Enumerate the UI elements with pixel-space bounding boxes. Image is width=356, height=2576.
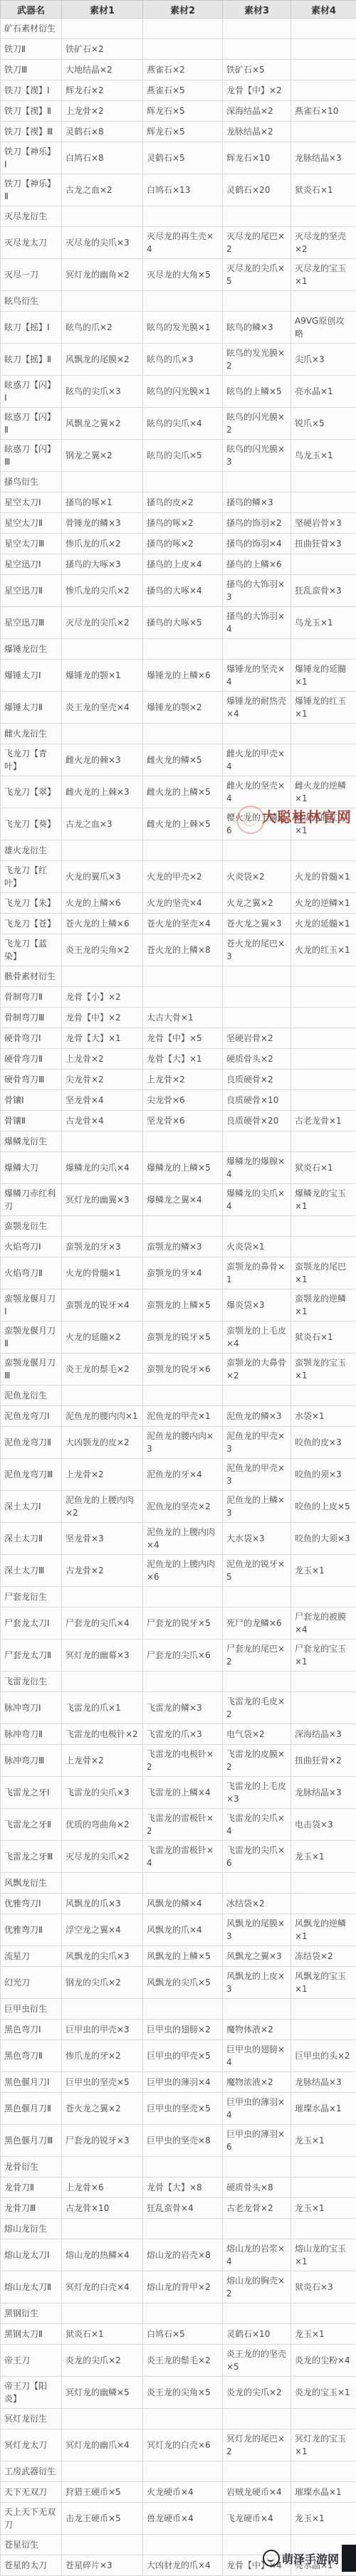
material-cell-1: 大凶颚龙的皮×2 [62, 1427, 143, 1459]
weapon-name-cell: 脉冲弯刀Ⅲ [1, 1745, 62, 1777]
weapon-name-cell: 泥鱼龙弯刀Ⅲ [1, 1459, 62, 1491]
weapon-name-cell: 黑钢衍生 [1, 2303, 62, 2324]
material-cell-4 [291, 291, 356, 312]
material-cell-4: 扭曲狂骨×3 [291, 534, 356, 554]
weapon-name-cell: 蛮颚龙偃月刀Ⅱ [1, 1321, 62, 1353]
material-cell-3: 爆鳞龙的尖爪×4 [223, 1184, 291, 1216]
material-cell-4 [291, 2178, 356, 2198]
material-cell-4: 蛮颚龙的逆鳞×1 [291, 1289, 356, 1321]
material-cell-3: 死尸的龙鳞×6 [223, 1608, 291, 1640]
material-cell-4 [291, 492, 356, 513]
material-cell-3: 大水袋×3 [223, 1523, 291, 1555]
material-cell-4: 龙玉×1 [291, 2125, 356, 2157]
material-cell-1: 灭尽龙的尖爪×3 [62, 227, 143, 259]
weapon-name-cell: 脉冲弯刀Ⅱ [1, 1724, 62, 1745]
material-cell-2 [143, 966, 223, 987]
material-cell-2: 冥灯龙的白壳×6 [143, 2429, 223, 2461]
weapon-name-cell: 帝王刀 [1, 2345, 62, 2377]
material-cell-2: 灭尽龙的大角×5 [143, 259, 223, 291]
material-cell-4 [291, 1216, 356, 1237]
material-cell-4 [291, 1028, 356, 1049]
section-row: 矿石素材衍生 [1, 19, 356, 39]
material-cell-4: 亮水晶×1 [291, 376, 356, 408]
weapon-row: 尸套龙太刀Ⅰ尸套龙的尖爪×4尸套龙的锐牙×5死尸的龙鳞×6尸套龙的被膜×4 [1, 1608, 356, 1640]
material-cell-3: 蛮颚龙的上毛皮×4 [223, 1321, 291, 1353]
material-cell-2: 爆锤龙的颚×2 [143, 692, 223, 724]
material-cell-3: 苍火龙的尾巴×3 [223, 934, 291, 966]
material-cell-4: 狱炎石×3 [291, 2271, 356, 2303]
material-cell-4: 雌火龙的红玉×1 [291, 808, 356, 840]
material-cell-1: 风飘龙的爪×3 [62, 1894, 143, 1914]
material-cell-3: 火炎袋×1 [223, 1237, 291, 1257]
material-cell-1: 炎王龙的尖角×2 [62, 934, 143, 966]
material-cell-2 [143, 639, 223, 660]
material-cell-1: 上龙骨×2 [62, 1745, 143, 1777]
material-cell-3: 坚硬岩骨×2 [223, 1028, 291, 1049]
weapon-row: 飞雷龙之牙Ⅱ优质的弯曲角×2飞雷龙的雷极针×2飞雷龙的尖爪×4电击袋×3 [1, 1809, 356, 1841]
material-cell-4: 蛮颚龙的尾巴×1 [291, 1257, 356, 1289]
material-cell-2: 爆锤龙的上鳞×6 [143, 660, 223, 692]
weapon-name-cell: 飞龙刀【蓝染】 [1, 934, 62, 966]
material-cell-4 [291, 2535, 356, 2555]
material-cell-3: 岩贼龙硬币×4 [223, 2482, 291, 2503]
material-cell-2: 泥鱼龙的腰内肉×3 [143, 1427, 223, 1459]
material-cell-4: 龙玉×1 [291, 2503, 356, 2535]
material-cell-3 [223, 206, 291, 227]
weapon-row: 飞龙刀【蓝染】炎王龙的尖角×2苍火龙的上鳞×8苍火龙的尾巴×3火龙的红玉×1 [1, 934, 356, 966]
material-cell-2: 燕雀石×5 [143, 80, 223, 101]
weapon-name-cell: 黑色偃月刀Ⅲ [1, 2125, 62, 2157]
weapon-row: 深土太刀Ⅲ古龙骨×2泥鱼龙的上腰内肉×6泥鱼龙的锐牙×5龙玉×1 [1, 1555, 356, 1587]
weapon-name-cell: 天上天下无双刀 [1, 2503, 62, 2535]
weapon-row: 硬骨弯刀Ⅱ上龙骨×2龙骨【大】×1硬质骨头×2 [1, 1049, 356, 1070]
weapon-row: 飞龙刀【苍】苍火龙的上鳞×6苍火龙的坚壳×4苍火龙之翼×3火龙的延髓×1 [1, 914, 356, 934]
material-cell-4: A9VG原创攻略 [291, 312, 356, 344]
material-cell-4: 咬鱼的上皮×5 [291, 1491, 356, 1523]
material-cell-4 [291, 206, 356, 227]
material-cell-2: 飞雷龙的雷极针×4 [143, 1841, 223, 1873]
material-cell-1 [62, 1131, 143, 1152]
material-cell-1 [62, 724, 143, 744]
material-cell-1: 雌火龙的棘×3 [62, 744, 143, 776]
material-cell-4: 风飘龙的宝玉×1 [291, 1967, 356, 1999]
material-cell-1 [62, 2157, 143, 2178]
material-cell-4 [291, 1090, 356, 1111]
section-row: 飞雷龙衍生 [1, 1672, 356, 1692]
weapon-name-cell: 尸套龙太刀Ⅱ [1, 1640, 62, 1672]
material-cell-3: 风飘龙的尾膜×3 [223, 1914, 291, 1946]
material-cell-3: 飞雷龙的上毛皮×3 [223, 1777, 291, 1809]
material-cell-3: 风飘龙之翼×3 [223, 1946, 291, 1967]
weapon-row: 飞龙刀【朱】火龙的上鳞×6火龙的坚壳×4火龙之翼×2火龙的逆鳞×1 [1, 893, 356, 914]
material-cell-3: 苍火龙之翼×3 [223, 914, 291, 934]
material-cell-4 [291, 80, 356, 101]
material-cell-2: 搔鸟的上皮×4 [143, 554, 223, 575]
weapon-row: 飞龙刀【青叶】雌火龙的棘×3雌火龙的鳞×5雌火龙的甲壳×4 [1, 744, 356, 776]
material-cell-1 [62, 840, 143, 861]
weapon-name-cell: 黑色偃月刀Ⅰ [1, 2072, 62, 2093]
material-cell-1 [62, 2303, 143, 2324]
material-cell-3 [223, 840, 291, 861]
material-cell-3: 冥灯龙的尾巴×2 [223, 2429, 291, 2461]
material-cell-1: 尖龙骨×2 [62, 1070, 143, 1090]
weapon-name-cell: 雌火龙衍生 [1, 724, 62, 744]
weapon-row: 星空太刀Ⅲ惨爪龙的爪×2搔鸟的啄×2搔鸟的饰羽×4扭曲狂骨×3 [1, 534, 356, 554]
material-cell-1: 搔鸟的啄×1 [62, 492, 143, 513]
material-cell-1: 龙骨【中】×2 [62, 1008, 143, 1028]
weapon-row: 飞雷龙之牙Ⅰ飞雷龙的尖爪×3飞雷龙的上鳞×4飞雷龙的上毛皮×3龙脉结晶×3 [1, 1777, 356, 1809]
material-cell-1 [62, 2409, 143, 2429]
weapon-name-cell: 爆鳞大刀 [1, 1152, 62, 1184]
material-cell-1: 龙骨【大】×1 [62, 1028, 143, 1049]
material-cell-3: 泥鱼龙的甲壳×3 [223, 1427, 291, 1459]
material-cell-4 [291, 2409, 356, 2429]
material-cell-1 [62, 1587, 143, 1608]
material-cell-4 [291, 19, 356, 39]
material-cell-4: 巨甲虫的头×2 [291, 2040, 356, 2072]
material-cell-1: 眩鸟的尖爪×3 [62, 376, 143, 408]
material-cell-3: 雌火龙的甲壳×4 [223, 744, 291, 776]
weapon-name-cell: 骸骨素材衍生 [1, 966, 62, 987]
material-cell-4 [291, 1587, 356, 1608]
material-cell-3: 爆锤龙的坚壳×4 [223, 660, 291, 692]
weapon-name-cell: 幻光刀 [1, 1967, 62, 1999]
material-cell-4 [291, 966, 356, 987]
material-cell-2: 巨甲虫的坚壳×5 [143, 2093, 223, 2125]
material-cell-2 [143, 2461, 223, 2482]
material-cell-1 [62, 206, 143, 227]
weapon-name-cell: 深土太刀Ⅲ [1, 1555, 62, 1587]
section-row: 熔山龙衍生 [1, 2219, 356, 2239]
material-cell-4: 深海结晶×3 [291, 1724, 356, 1745]
weapon-name-cell: 黑色偃月刀Ⅱ [1, 2093, 62, 2125]
materials-table-page: 武器名素材1素材2素材3素材4 矿石素材衍生铁刀Ⅱ铁矿石×2铁刀Ⅲ大地结晶×2燕… [0, 0, 356, 2576]
material-cell-1: 灭尽龙的尖爪×2 [62, 1841, 143, 1873]
weapon-name-cell: 爆锤龙衍生 [1, 639, 62, 660]
weapon-row: 骨镶Ⅰ坚龙骨×4尖龙骨×6良质硬骨×10 [1, 1090, 356, 1111]
material-cell-2: 尸套龙的锐牙×5 [143, 1608, 223, 1640]
material-cell-2: 上龙骨×2 [143, 1070, 223, 1090]
material-cell-1: 蛮颚龙的锐牙×4 [62, 1289, 143, 1321]
weapon-name-cell: 龙骨刀Ⅱ [1, 2178, 62, 2198]
material-cell-4: 炎龙的宝玉×1 [291, 2377, 356, 2409]
material-cell-4 [291, 122, 356, 142]
weapon-name-cell: 爆鳞刀赤红利刃 [1, 1184, 62, 1216]
material-cell-2: 飞雷龙的爪×3 [143, 1724, 223, 1745]
material-cell-1 [62, 291, 143, 312]
material-cell-3: 龙脉结晶×2 [223, 122, 291, 142]
section-row: 爆锤龙衍生 [1, 639, 356, 660]
weapon-name-cell: 爆锤太刀Ⅱ [1, 692, 62, 724]
weapon-name-cell: 骨镶Ⅰ [1, 1090, 62, 1111]
material-cell-1: 灵鹤石×8 [62, 122, 143, 142]
weapon-row: 深土太刀Ⅰ泥鱼龙的上腰内肉×2泥鱼龙的坚壳×2泥鱼龙的上鳞×3咬鱼的上皮×5 [1, 1491, 356, 1523]
weapon-name-cell: 飞龙刀【青叶】 [1, 744, 62, 776]
material-cell-4: 电击袋×3 [291, 1809, 356, 1841]
weapon-name-cell: 星空迅刀Ⅱ [1, 575, 62, 607]
material-cell-1: 冥灯龙的幽角×2 [62, 259, 143, 291]
weapon-name-cell: 矿石素材衍生 [1, 19, 62, 39]
weapon-name-cell: 冥灯龙太刀 [1, 2429, 62, 2461]
material-cell-4 [291, 639, 356, 660]
material-cell-4 [291, 1049, 356, 1070]
material-cell-2: 巨甲虫的坚壳×8 [143, 2125, 223, 2157]
material-cell-2: 搔鸟的大啄×5 [143, 607, 223, 639]
material-cell-4: 狱炎石×1 [291, 1321, 356, 1353]
material-cell-4 [291, 1237, 356, 1257]
material-cell-3: 眩鸟的闪光膜×3 [223, 440, 291, 472]
section-row: 灭尽龙衍生 [1, 206, 356, 227]
material-cell-1: 火龙的上鳞×6 [62, 893, 143, 914]
material-cell-2: 巨甲虫的翅膀×2 [143, 2020, 223, 2040]
material-cell-2 [143, 2409, 223, 2429]
material-cell-4: 燕雀石×10 [291, 101, 356, 122]
section-row: 雄火龙衍生 [1, 840, 356, 861]
material-cell-4: 火龙的红玉×1 [291, 934, 356, 966]
material-cell-4 [291, 1894, 356, 1914]
material-cell-1 [62, 1999, 143, 2020]
weapon-name-cell: 骨制弯刀Ⅱ [1, 987, 62, 1008]
material-cell-4 [291, 744, 356, 776]
weapon-row: 硬骨弯刀Ⅲ尖龙骨×2上龙骨×2良质硬骨×2 [1, 1070, 356, 1090]
material-cell-2: 尸套龙的尖爪×6 [143, 1640, 223, 1672]
material-cell-2: 泥鱼龙的上腰内肉×4 [143, 1523, 223, 1555]
weapon-row: 脉冲弯刀Ⅱ飞雷龙的电极针×2飞雷龙的爪×3电气袋×2深海结晶×3 [1, 1724, 356, 1745]
weapon-row: 星空迅刀Ⅲ灭尽龙的尖爪×2搔鸟的大啄×5搔鸟的大饰羽×4鸟龙玉×1 [1, 607, 356, 639]
material-cell-2 [143, 2219, 223, 2239]
material-cell-4: 鸟龙玉×1 [291, 440, 356, 472]
weapon-row: 帝王刀炎龙的尖爪×2炎王龙的鬃毛×2炎王龙的的坚壳×5炎龙的尘粉×4 [1, 2345, 356, 2377]
weapon-name-cell: 工房武器衍生 [1, 2461, 62, 2482]
material-cell-3 [223, 2409, 291, 2429]
material-cell-1 [62, 19, 143, 39]
material-cell-3 [223, 1131, 291, 1152]
material-cell-1: 巨甲虫的甲壳×3 [62, 2020, 143, 2040]
weapon-name-cell: 冥灯龙衍生 [1, 2409, 62, 2429]
column-header-3: 素材3 [223, 1, 291, 19]
weapon-name-cell: 黑色弯刀Ⅰ [1, 2020, 62, 2040]
weapon-row: 帝王刀【阳炎】冥灯龙的幽鳞×5炎王龙的尖角×5炎龙的尖爪×2炎龙的宝玉×1 [1, 2377, 356, 2409]
weapon-name-cell: 帝王刀【阳炎】 [1, 2377, 62, 2409]
weapon-row: 灭尽一刀冥灯龙的幽角×2灭尽龙的大角×5灭尽龙的尖爪×5灭尽龙的宝玉×1 [1, 259, 356, 291]
material-cell-1: 上龙骨×2 [62, 101, 143, 122]
weapon-name-cell: 龙骨衍生 [1, 2157, 62, 2178]
material-cell-1: 火龙的翼爪×3 [62, 861, 143, 893]
material-cell-3 [223, 291, 291, 312]
weapon-name-cell: 骨镶Ⅱ [1, 1111, 62, 1131]
material-cell-1: 上龙骨×2 [62, 1049, 143, 1070]
material-cell-2: 眩鸟的尖爪×5 [143, 440, 223, 472]
material-cell-1: 飞雷龙的尖爪×3 [62, 1777, 143, 1809]
material-cell-4: 火龙的延髓×1 [291, 914, 356, 934]
material-cell-4: 龙脉结晶×3 [291, 2072, 356, 2093]
material-cell-2 [143, 1999, 223, 2020]
weapon-name-cell: 火焰弯刀Ⅰ [1, 1237, 62, 1257]
material-cell-3 [223, 1672, 291, 1692]
weapon-row: 爆锤太刀Ⅰ爆锤龙的颚×1爆锤龙的上鳞×6爆锤龙的坚壳×4爆锤龙的延髓×1 [1, 660, 356, 692]
material-cell-2: 熔山龙的岩壳×8 [143, 2239, 223, 2271]
material-cell-2: 蛮颚龙的鳞×3 [143, 1237, 223, 1257]
weapon-name-cell: 蛮颚龙偃月刀Ⅲ [1, 1353, 62, 1385]
material-cell-3: 搔鸟的鳞×3 [223, 492, 291, 513]
material-cell-3: 搔鸟的大饰羽×3 [223, 575, 291, 607]
material-cell-3: 良质硬骨×10 [223, 1090, 291, 1111]
material-cell-3: 良质硬骨×20 [223, 1111, 291, 1131]
weapon-row: 优雅弯刀Ⅰ风飘龙的爪×3风飘龙的鳞×4冰结袋×2 [1, 1894, 356, 1914]
material-cell-4: 水袋×1 [291, 1406, 356, 1427]
section-row: 眩鸟衍生 [1, 291, 356, 312]
material-cell-2: 巨甲虫的薄羽×4 [143, 2072, 223, 2093]
material-cell-3 [223, 2303, 291, 2324]
material-cell-4: 鸟龙玉×1 [291, 607, 356, 639]
section-row: 骸骨素材衍生 [1, 966, 356, 987]
material-cell-4: 锐爪×5 [291, 408, 356, 440]
materials-table: 武器名素材1素材2素材3素材4 矿石素材衍生铁刀Ⅱ铁矿石×2铁刀Ⅲ大地结晶×2燕… [0, 0, 356, 2576]
material-cell-2 [143, 724, 223, 744]
material-cell-3: 熔山龙的胸壳×2 [223, 2271, 291, 2303]
material-cell-1 [62, 2461, 143, 2482]
material-cell-2 [143, 19, 223, 39]
material-cell-3: 眩鸟的上鳞×5 [223, 376, 291, 408]
weapon-row: 黑色偃月刀Ⅱ苍火龙之翼×2巨甲虫的坚壳×5巨甲虫的薄羽×4璀璨水晶×1 [1, 2093, 356, 2125]
material-cell-2: 搔鸟的大啄×4 [143, 575, 223, 607]
weapon-row: 天下无双刀狩猎王硬币×5火龙硬币×4岩贼龙硬币×4璀璨水晶×1 [1, 2482, 356, 2503]
material-cell-4: 雌火龙的逆鳞×1 [291, 776, 356, 808]
material-cell-1: 尸套龙的尖爪×4 [62, 1608, 143, 1640]
material-cell-1: 灭尽龙的尖爪×2 [62, 607, 143, 639]
material-cell-1: 冥灯龙的幽鳞×5 [62, 2377, 143, 2409]
weapon-row: 飞龙刀【红叶】火龙的翼爪×3火龙的甲壳×2火炎袋×2火龙的骨髓×1 [1, 861, 356, 893]
material-cell-3 [223, 39, 291, 60]
material-cell-3: 灵鹤石×20 [223, 174, 291, 206]
column-header-2: 素材2 [143, 1, 223, 19]
weapon-name-cell: 搔鸟衍生 [1, 472, 62, 492]
column-header-4: 素材4 [291, 1, 356, 19]
material-cell-2 [143, 987, 223, 1008]
material-cell-3: 硬质骨头×8 [223, 2178, 291, 2198]
material-cell-3: 电气袋×2 [223, 1724, 291, 1745]
weapon-name-cell: 星空太刀Ⅰ [1, 492, 62, 513]
material-cell-2: 兽龙硬币×4 [143, 2503, 223, 2535]
material-cell-2 [143, 1216, 223, 1237]
material-cell-3: 火炎袋×2 [223, 861, 291, 893]
material-cell-1: 苍火龙之翼×2 [62, 2093, 143, 2125]
material-cell-1: 坚龙骨×4 [62, 1090, 143, 1111]
weapon-name-cell: 铁刀Ⅱ [1, 39, 62, 60]
weapon-row: 爆锤太刀Ⅱ炎王龙的坚壳×4爆锤龙的颚×2爆锤龙的耐热壳×4爆锤龙的红玉×1 [1, 692, 356, 724]
material-cell-2: 风飘龙的鳞×4 [143, 1894, 223, 1914]
material-cell-2: 泥鱼龙的甲壳×1 [143, 1406, 223, 1427]
material-cell-3: 灵鹤石×10 [223, 2324, 291, 2345]
weapon-name-cell: 飞龙刀【红叶】 [1, 861, 62, 893]
material-cell-2: 苍火龙的上鳞×8 [143, 934, 223, 966]
material-cell-2 [143, 1385, 223, 1406]
section-row: 蛮颚龙衍生 [1, 1216, 356, 1237]
material-cell-2: 雌火龙的鳞×5 [143, 744, 223, 776]
weapon-row: 灭尽龙太刀灭尽龙的尖爪×3灭尽龙的再生壳×4灭尽龙的尾巴×2灭尽龙的坚壳×2 [1, 227, 356, 259]
weapon-name-cell: 尸套龙太刀Ⅰ [1, 1608, 62, 1640]
material-cell-1 [62, 966, 143, 987]
material-cell-4: 咬鱼的大须×3 [291, 1523, 356, 1555]
weapon-row: 硬骨弯刀Ⅰ龙骨【大】×1龙骨【中】×5坚硬岩骨×2 [1, 1028, 356, 1049]
material-cell-1: 风飘龙之翼×2 [62, 408, 143, 440]
weapon-name-cell: 硬骨弯刀Ⅱ [1, 1049, 62, 1070]
material-cell-4: 狱炎石×1 [291, 174, 356, 206]
material-cell-4: 龙玉×1 [291, 2324, 356, 2345]
material-cell-1: 钢龙的尖爪×2 [62, 1967, 143, 1999]
material-cell-1: 火龙的骨髓×1 [62, 1257, 143, 1289]
material-cell-2: 搔鸟的啄×2 [143, 513, 223, 534]
weapon-row: 泥鱼龙弯刀Ⅲ上龙骨×2泥鱼龙的牙×4泥鱼龙的甲壳×3咬鱼的须×3 [1, 1459, 356, 1491]
weapon-name-cell: 泥鱼龙衍生 [1, 1385, 62, 1406]
material-cell-1 [62, 2535, 143, 2555]
weapon-row: 苍星的太刀苍星碎片×3大凶豺龙的爪×4龙骨【中】×4亮水晶×1 [1, 2555, 356, 2576]
material-cell-4 [291, 472, 356, 492]
material-cell-4: 坚硬岩骨×3 [291, 513, 356, 534]
material-cell-3: 飞雷龙的毛皮×2 [223, 1692, 291, 1724]
weapon-name-cell: 熔山龙太刀Ⅰ [1, 2239, 62, 2271]
weapon-row: 黑色弯刀Ⅰ巨甲虫的甲壳×3巨甲虫的翅膀×2魔物体液×2 [1, 2020, 356, 2040]
weapon-name-cell: 脉冲弯刀Ⅰ [1, 1692, 62, 1724]
weapon-row: 龙骨刀Ⅱ上龙骨×6龙骨【大】×8硬质骨头×8 [1, 2178, 356, 2198]
section-row: 冥灯龙衍生 [1, 2409, 356, 2429]
material-cell-4 [291, 554, 356, 575]
material-cell-3: 巨甲虫的翅膀×4 [223, 2040, 291, 2072]
weapon-row: 星空迅刀Ⅰ搔鸟的大啄×3搔鸟的上皮×4搔鸟的上鳞×6 [1, 554, 356, 575]
material-cell-2: 龙骨【中】×5 [143, 1028, 223, 1049]
material-cell-3: 眩鸟的发光膜×2 [223, 344, 291, 376]
material-cell-2 [143, 1131, 223, 1152]
material-cell-4: 扭曲狂骨×2 [291, 1745, 356, 1777]
weapon-row: 星空太刀Ⅱ骨锤龙的鳞×3搔鸟的啄×2搔鸟的饰羽×2坚硬岩骨×3 [1, 513, 356, 534]
weapon-name-cell: 飞雷龙衍生 [1, 1672, 62, 1692]
material-cell-2: 辉龙石×5 [143, 101, 223, 122]
material-cell-4 [291, 1873, 356, 1894]
material-cell-1: 铁矿石×2 [62, 39, 143, 60]
material-cell-4: 咬鱼的须×3 [291, 1459, 356, 1491]
material-cell-2 [143, 472, 223, 492]
material-cell-2 [143, 1672, 223, 1692]
weapon-name-cell: 铁刀【禊】Ⅱ [1, 101, 62, 122]
material-cell-4 [291, 39, 356, 60]
material-cell-1 [62, 472, 143, 492]
material-cell-1: 古龙骨×4 [62, 1111, 143, 1131]
material-cell-3 [223, 1008, 291, 1028]
weapon-row: 泥鱼龙弯刀Ⅰ泥鱼龙的腰内肉×1泥鱼龙的甲壳×1泥鱼龙的鳞×3水袋×1 [1, 1406, 356, 1427]
weapon-row: 眩惑刀【闪】Ⅲ钢龙之翼×2眩鸟的尖爪×5眩鸟的闪光膜×3鸟龙玉×1 [1, 440, 356, 472]
material-cell-3: 深海结晶×2 [223, 101, 291, 122]
material-cell-4 [291, 2157, 356, 2178]
material-cell-3 [223, 1999, 291, 2020]
material-cell-4: 古老龙骨×1 [291, 1111, 356, 1131]
material-cell-2: 泥鱼龙的牙×4 [143, 1459, 223, 1491]
material-cell-1: 搔鸟的大啄×3 [62, 554, 143, 575]
material-cell-3: 炎王龙的的坚壳×5 [223, 2345, 291, 2377]
header-row: 武器名素材1素材2素材3素材4 [1, 1, 356, 19]
material-cell-4: 冻结袋×2 [291, 1946, 356, 1967]
material-cell-3 [223, 639, 291, 660]
material-cell-1: 惨爪龙的爪×2 [62, 534, 143, 554]
material-cell-2: 狂乱蛮骨×4 [143, 2198, 223, 2219]
material-cell-2: 炎王龙的尖角×5 [143, 2377, 223, 2409]
material-cell-2: 泥鱼龙的上腰内肉×6 [143, 1555, 223, 1587]
material-cell-1 [62, 1216, 143, 1237]
material-cell-4 [291, 1070, 356, 1090]
material-cell-1: 火龙的延髓×2 [62, 1321, 143, 1353]
material-cell-2: 雌火龙的上鳞×5 [143, 776, 223, 808]
weapon-name-cell: 苍星衍生 [1, 2535, 62, 2555]
weapon-name-cell: 铁刀【禊】Ⅰ [1, 80, 62, 101]
